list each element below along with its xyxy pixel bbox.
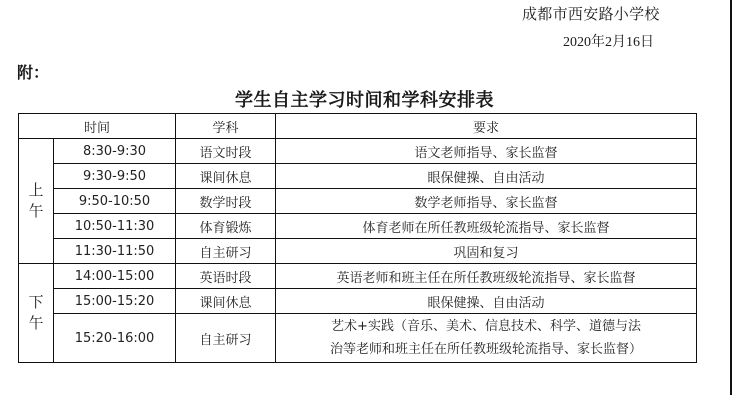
table-row: 9:30-9:50 课间休息 眼保健操、自由活动 (19, 164, 697, 189)
period-label-line2: 午 (19, 313, 53, 334)
time-cell: 14:00-15:00 (54, 264, 176, 289)
requirement-cell: 英语老师和班主任在所任教班级轮流指导、家长监督 (276, 264, 697, 289)
table-row: 9:50-10:50 数学时段 数学老师指导、家长监督 (19, 189, 697, 214)
period-label-line2: 午 (19, 201, 53, 222)
subject-cell: 数学时段 (176, 189, 276, 214)
subject-cell: 课间休息 (176, 164, 276, 189)
table-title: 学生自主学习时间和学科安排表 (235, 86, 494, 112)
subject-cell: 自主研习 (176, 314, 276, 363)
requirement-cell: 艺术+实践（音乐、美术、信息技术、科学、道德与法 治等老师和班主任在所任教班级轮… (276, 314, 697, 363)
subject-cell: 课间休息 (176, 289, 276, 314)
header-requirement: 要求 (276, 114, 697, 139)
time-cell: 9:50-10:50 (54, 189, 176, 214)
header-subject: 学科 (176, 114, 276, 139)
time-cell: 8:30-9:30 (54, 139, 176, 164)
time-cell: 9:30-9:50 (54, 164, 176, 189)
table-row: 15:00-15:20 课间休息 眼保健操、自由活动 (19, 289, 697, 314)
table-row: 15:20-16:00 自主研习 艺术+实践（音乐、美术、信息技术、科学、道德与… (19, 314, 697, 363)
header-time: 时间 (19, 114, 176, 139)
requirement-line2: 治等老师和班主任在所任教班级轮流指导、家长监督） (276, 338, 696, 361)
document-date: 2020年2月16日 (563, 31, 654, 51)
requirement-cell: 巩固和复习 (276, 239, 697, 264)
table-row: 11:30-11:50 自主研习 巩固和复习 (19, 239, 697, 264)
requirement-cell: 眼保健操、自由活动 (276, 164, 697, 189)
table-row: 10:50-11:30 体育锻炼 体育老师在所任教班级轮流指导、家长监督 (19, 214, 697, 239)
time-cell: 15:20-16:00 (54, 314, 176, 363)
requirement-cell: 数学老师指导、家长监督 (276, 189, 697, 214)
time-cell: 10:50-11:30 (54, 214, 176, 239)
table-header-row: 时间 学科 要求 (19, 114, 697, 139)
requirement-cell: 眼保健操、自由活动 (276, 289, 697, 314)
requirement-cell: 体育老师在所任教班级轮流指导、家长监督 (276, 214, 697, 239)
time-cell: 11:30-11:50 (54, 239, 176, 264)
requirement-cell: 语文老师指导、家长监督 (276, 139, 697, 164)
attachment-label: 附： (17, 60, 49, 83)
period-afternoon: 下 午 (19, 264, 54, 363)
period-label-line1: 上 (19, 180, 53, 201)
period-label-line1: 下 (19, 292, 53, 313)
requirement-line1: 艺术+实践（音乐、美术、信息技术、科学、道德与法 (276, 315, 696, 338)
table-row: 上 午 8:30-9:30 语文时段 语文老师指导、家长监督 (19, 139, 697, 164)
period-morning: 上 午 (19, 139, 54, 264)
subject-cell: 体育锻炼 (176, 214, 276, 239)
subject-cell: 语文时段 (176, 139, 276, 164)
school-name: 成都市西安路小学校 (522, 3, 660, 24)
subject-cell: 自主研习 (176, 239, 276, 264)
table-row: 下 午 14:00-15:00 英语时段 英语老师和班主任在所任教班级轮流指导、… (19, 264, 697, 289)
subject-cell: 英语时段 (176, 264, 276, 289)
schedule-table: 时间 学科 要求 上 午 8:30-9:30 语文时段 语文老师指导、家长监督 … (18, 113, 697, 363)
time-cell: 15:00-15:20 (54, 289, 176, 314)
